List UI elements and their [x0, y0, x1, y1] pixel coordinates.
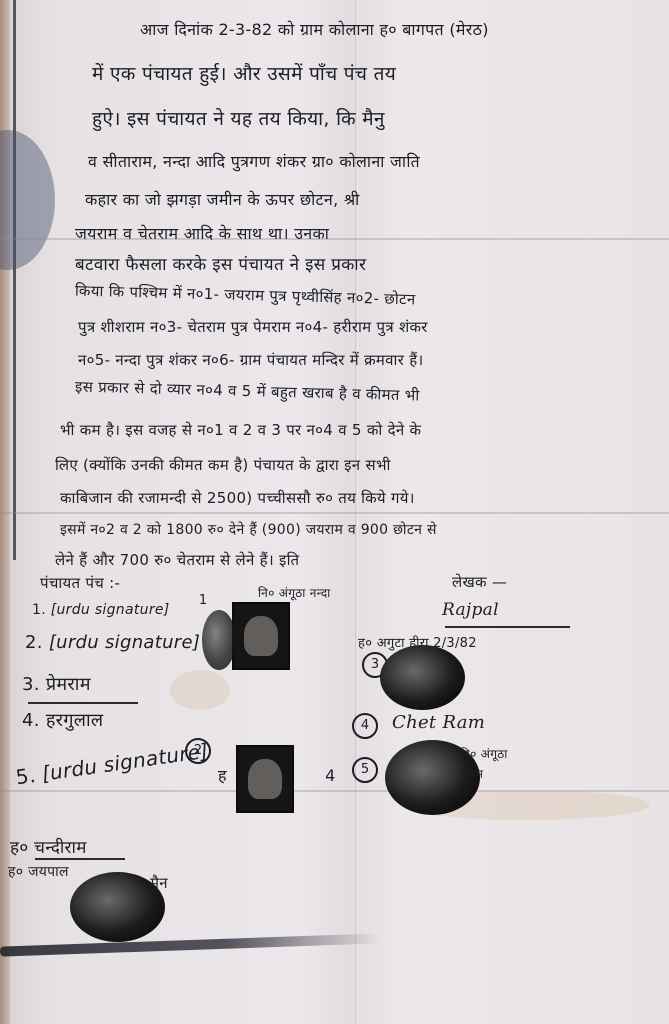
document-paper: आज दिनांक 2-3-82 को ग्राम कोलाना ह० बागप…	[0, 0, 669, 1024]
body-line: पुत्र शीशराम न०3- चेतराम पुत्र पेमराम न०…	[78, 317, 428, 337]
water-stain	[170, 670, 230, 710]
body-line: आज दिनांक 2-3-82 को ग्राम कोलाना ह० बागप…	[140, 18, 489, 40]
name-underline	[35, 858, 125, 860]
panch-member-3: 3. प्रेमराम	[22, 672, 91, 696]
body-line: भी कम है। इस वजह से न०1 व 2 व 3 पर न०4 व…	[60, 420, 421, 440]
party-label: नि० अंगूठा नन्दा	[258, 584, 331, 601]
body-line: इस प्रकार से दो व्यार न०4 व 5 में बहुत ख…	[75, 376, 420, 405]
party-label: नि० अंगूठा श्याम	[460, 744, 520, 784]
body-line: न०5- नन्दा पुत्र शंकर न०6- ग्राम पंचायत …	[78, 350, 423, 370]
writer-label: लेखक —	[452, 572, 507, 592]
panch-member-5: 5. [urdu signature]	[14, 739, 209, 790]
body-line: किया कि पश्चिम में न०1- जयराम पुत्र पृथ्…	[75, 281, 416, 310]
bottom-name: ह० जयपाल	[8, 862, 69, 881]
body-line: में एक पंचायत हुई। और उसमें पाँच पंच तय	[92, 60, 396, 86]
panch-member-2: 2. [urdu signature]	[25, 632, 200, 653]
finger-shadow	[0, 130, 55, 270]
body-line: लेने हैं और 700 रु० चेतराम से लेने हैं। …	[55, 550, 299, 570]
panch-member-1: 1. [urdu signature]	[32, 602, 170, 618]
party-number: 2	[185, 738, 211, 764]
thumbprint-mark	[380, 645, 465, 710]
body-line: व सीताराम, नन्दा आदि पुत्रगण शंकर ग्रा० …	[88, 150, 420, 172]
thumbprint-mark	[202, 610, 236, 670]
body-line: काबिजान की रजामन्दी से 2500) पच्चीससौ रु…	[60, 488, 415, 508]
body-line: जयराम व चेतराम आदि के साथ था। उनका	[75, 222, 329, 244]
body-line: बटवारा फैसला करके इस पंचायत ने इस प्रकार	[75, 252, 366, 275]
thumbprint-mark	[70, 872, 165, 942]
party-number: 5	[352, 757, 378, 783]
member-underline	[28, 702, 138, 704]
body-line: कहार का जो झगड़ा जमीन के ऊपर छोटन, श्री	[85, 188, 360, 210]
body-line: लिए (क्योंकि उनकी कीमत कम है) पंचायत के …	[55, 455, 391, 475]
panch-member-4: 4. हरगुलाल	[22, 708, 103, 732]
party-signature: Chet Ram	[392, 712, 485, 733]
horizontal-fold	[0, 512, 669, 514]
bottom-name: ह० चन्दीराम	[10, 835, 87, 858]
body-line: इसमें न०2 व 2 को 1800 रु० देने हैं (900)…	[60, 520, 437, 539]
body-line: हुऐ। इस पंचायत ने यह तय किया, कि मैनु	[92, 105, 385, 131]
ink-smudge	[0, 933, 380, 956]
party-number: 4	[352, 713, 378, 739]
margin-line	[13, 0, 16, 560]
panch-heading: पंचायत पंच :-	[40, 573, 120, 593]
writer-signature: Rajpal	[442, 600, 499, 620]
party-number: 1	[192, 590, 214, 612]
revenue-stamp	[232, 602, 290, 670]
signature-underline	[445, 626, 570, 628]
revenue-stamp	[236, 745, 294, 813]
